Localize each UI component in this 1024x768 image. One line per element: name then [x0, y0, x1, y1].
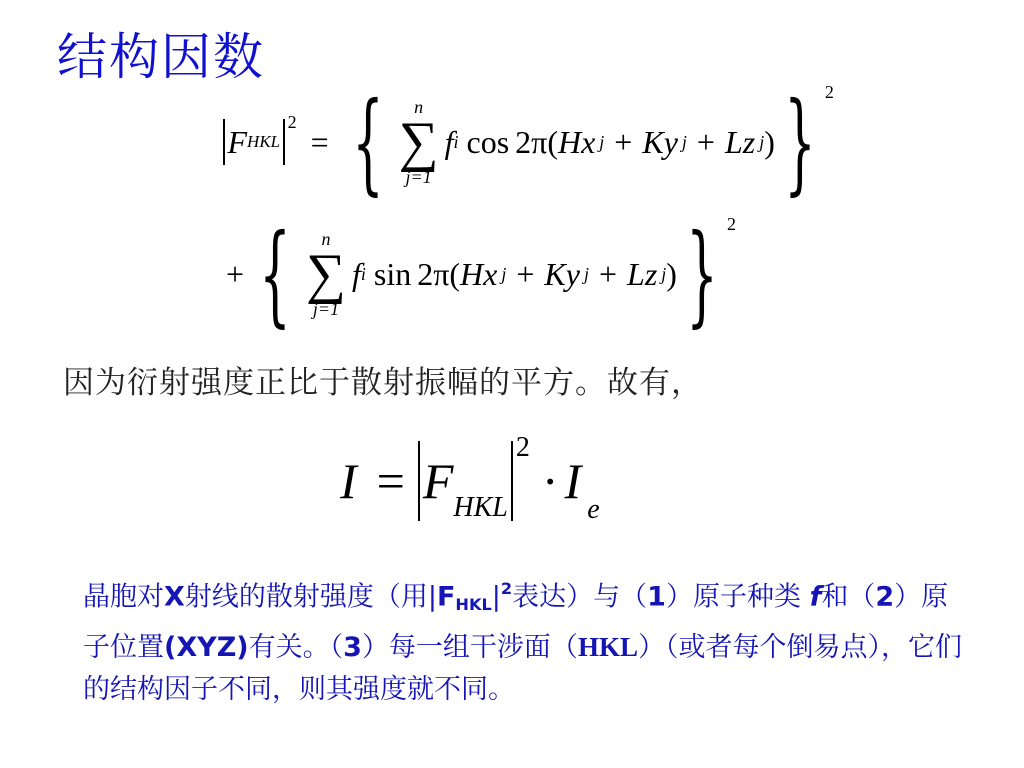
- x: x: [581, 124, 595, 161]
- z: z: [645, 256, 657, 293]
- note-bar: |: [492, 581, 501, 612]
- note-text: ）原子种类: [666, 581, 810, 612]
- note-x: X: [164, 581, 185, 612]
- slide-title: 结构因数: [57, 22, 265, 92]
- abs-bar-left: [418, 441, 420, 521]
- I-symbol: I: [340, 452, 357, 510]
- sigma-icon: ∑: [306, 248, 346, 300]
- lead-plus: +: [226, 256, 244, 293]
- lhs-power: 2: [288, 112, 297, 133]
- K: K: [642, 124, 663, 161]
- j-sub: j: [501, 264, 506, 285]
- j-sub: j: [584, 264, 589, 285]
- right-brace: }: [686, 210, 718, 338]
- note-f: f: [810, 581, 822, 612]
- note-hkl: HKL: [578, 632, 638, 662]
- left-brace: {: [259, 210, 291, 338]
- K: K: [544, 256, 565, 293]
- arg-prefix: 2π(: [515, 124, 558, 161]
- cos-func: cos: [467, 124, 510, 161]
- note-text: 晶胞对: [83, 581, 164, 612]
- summation: n ∑ j=1: [399, 98, 439, 186]
- power: 2: [516, 432, 530, 464]
- arg-prefix: 2π(: [417, 256, 460, 293]
- note-num: 1: [647, 581, 666, 612]
- note-num: 2: [875, 581, 894, 612]
- x: x: [483, 256, 497, 293]
- note-text: 和（: [821, 581, 875, 612]
- plus: +: [697, 124, 715, 161]
- F-subscript: HKL: [453, 492, 507, 524]
- F-symbol: F: [228, 124, 248, 161]
- note-sq: 2: [501, 579, 512, 598]
- L: L: [627, 256, 645, 293]
- z: z: [743, 124, 755, 161]
- plus: +: [599, 256, 617, 293]
- f-term: f: [445, 124, 454, 161]
- outer-power: 2: [727, 214, 736, 235]
- sin-func: sin: [374, 256, 411, 293]
- sum-lower: j=1: [406, 168, 432, 186]
- note-F-sub: HKL: [455, 595, 491, 614]
- plus: +: [516, 256, 534, 293]
- f-term: f: [352, 256, 361, 293]
- left-brace: {: [352, 78, 384, 206]
- equation-structure-factor-sin: + { n ∑ j=1 f i sin 2π( Hxj + Kyj + Lzj …: [226, 216, 736, 332]
- f-sub: i: [453, 132, 458, 153]
- equation-structure-factor-cos: F HKL 2 = { n ∑ j=1 f i cos 2π( Hxj + Ky…: [220, 84, 834, 200]
- equals-sign: =: [377, 452, 405, 510]
- Ie-subscript: e: [587, 494, 599, 526]
- abs-bar-left: [223, 119, 225, 165]
- y: y: [566, 256, 580, 293]
- note-F: F: [437, 581, 455, 612]
- explanation-paragraph: 晶胞对X射线的散射强度（用|FHKL|2表达）与（1）原子种类 f和（2）原子位…: [83, 568, 963, 711]
- H: H: [558, 124, 581, 161]
- close-paren: ): [666, 256, 677, 293]
- note-num: 3: [343, 632, 362, 663]
- L: L: [725, 124, 743, 161]
- note-text: ）每一组干涉面（: [362, 632, 578, 663]
- summation: n ∑ j=1: [306, 230, 346, 318]
- dot-operator: ·: [542, 452, 559, 510]
- H: H: [460, 256, 483, 293]
- sum-lower: j=1: [313, 300, 339, 318]
- F-symbol: F: [423, 452, 454, 510]
- equation-intensity: I = F HKL 2 · I e: [340, 436, 600, 526]
- right-brace: }: [784, 78, 816, 206]
- note-text: 有关。（: [249, 632, 344, 663]
- close-paren: ): [764, 124, 775, 161]
- f-sub: i: [361, 264, 366, 285]
- j-sub: j: [682, 132, 687, 153]
- abs-bar-right: [511, 441, 513, 521]
- equals-sign: =: [311, 124, 329, 161]
- F-subscript: HKL: [247, 132, 280, 152]
- sigma-icon: ∑: [399, 116, 439, 168]
- note-text: 表达）与（: [512, 581, 647, 612]
- outer-power: 2: [825, 82, 834, 103]
- note-text: 射线的散射强度（用|: [185, 581, 437, 612]
- y: y: [664, 124, 678, 161]
- Ie-symbol: I: [565, 452, 582, 510]
- plus: +: [614, 124, 632, 161]
- j-sub: j: [599, 132, 604, 153]
- abs-bar-right: [283, 119, 285, 165]
- statement-text: 因为衍射强度正比于散射振幅的平方。故有，: [63, 357, 703, 402]
- note-xyz: (XYZ): [164, 632, 249, 663]
